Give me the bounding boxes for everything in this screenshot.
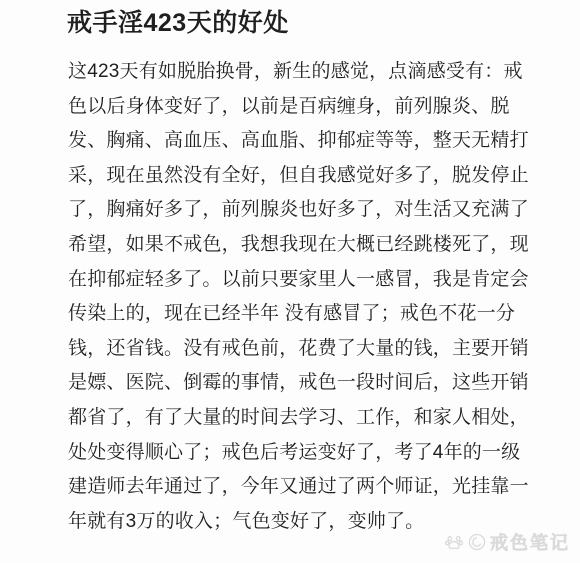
paragraph-line: 色以后身体变好了，以前是百病缠身，前列腺炎、脱	[68, 90, 573, 125]
paragraph-line: 发、胸痛、高血压、高血脂、抑郁症等等，整天无精打	[68, 124, 573, 159]
paragraph-line: 都省了，有了大量的时间去学习、工作，和家人相处，	[68, 401, 573, 436]
paw-icon	[444, 532, 464, 552]
paragraph-line: 传染上的，现在已经半年 没有感冒了；戒色不花一分	[68, 297, 573, 332]
paragraph-line: 钱，还省钱。没有戒色前，花费了大量的钱，主要开销	[68, 332, 573, 367]
logo-icon	[467, 532, 487, 552]
post-body: 这423天有如脱胎换骨，新生的感觉，点滴感受有：戒 色以后身体变好了，以前是百病…	[68, 55, 573, 539]
paragraph-line: 是嫖、医院、倒霉的事情，戒色一段时间后，这些开销	[68, 366, 573, 401]
paragraph-line: 建造师去年通过了，今年又通过了两个师证，光挂靠一	[68, 470, 573, 505]
paragraph-line: 这423天有如脱胎换骨，新生的感觉，点滴感受有：戒	[68, 55, 573, 90]
watermark-text: 戒色笔记	[490, 529, 570, 555]
page: 戒手淫423天的好处 这423天有如脱胎换骨，新生的感觉，点滴感受有：戒 色以后…	[0, 0, 580, 563]
paragraph-line: 采，现在虽然没有全好，但自我感觉好多了，脱发停止	[68, 159, 573, 194]
paragraph-line: 处处变得顺心了；戒色后考运变好了，考了4年的一级	[68, 436, 573, 471]
paragraph-line: 希望，如果不戒色，我想我现在大概已经跳楼死了，现	[68, 228, 573, 263]
paragraph-line: 了，胸痛好多了，前列腺炎也好多了，对生活又充满了	[68, 193, 573, 228]
watermark: 戒色笔记	[444, 529, 570, 555]
paragraph-line: 在抑郁症轻多了。以前只要家里人一感冒，我是肯定会	[68, 263, 573, 298]
post-title: 戒手淫423天的好处	[67, 7, 289, 39]
